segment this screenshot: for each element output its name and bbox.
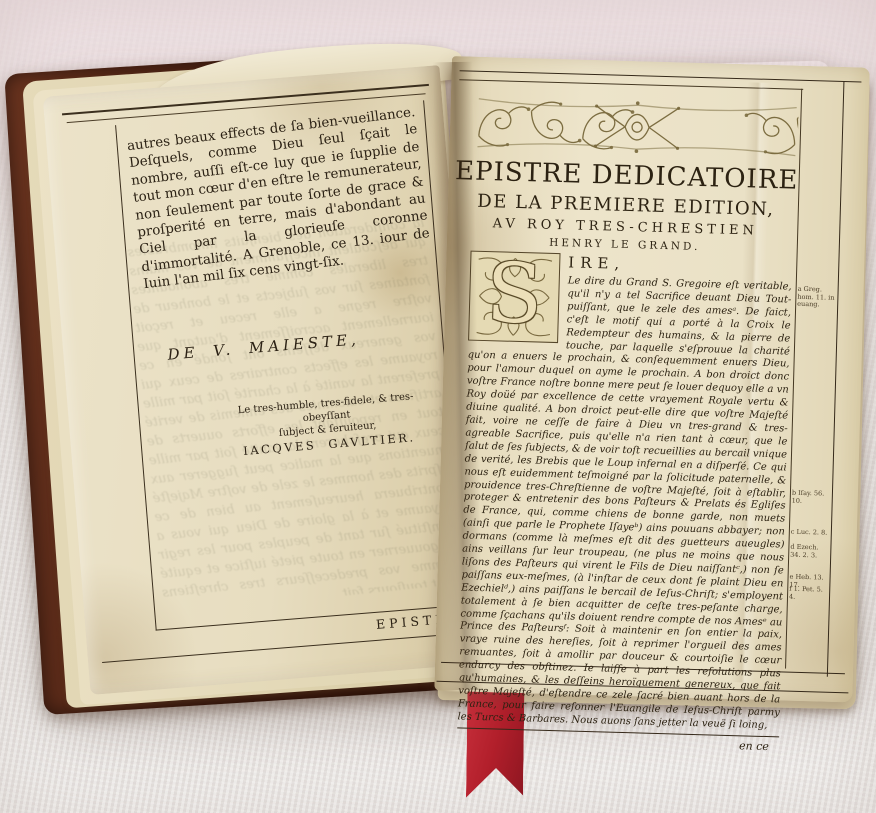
page-edge-rule bbox=[827, 81, 845, 677]
left-page: la conſideration des bienfaits innombrab… bbox=[43, 65, 488, 695]
title-line-1: EPISTRE DEDICATOIRE bbox=[454, 156, 799, 196]
marginal-note: b Iſay. 56. 10. bbox=[792, 490, 830, 506]
drop-cap-initial: S bbox=[468, 251, 560, 343]
photo-stage: la conſideration des bienfaits innombrab… bbox=[0, 0, 876, 813]
drop-cap-letter: S bbox=[469, 246, 560, 344]
right-page: EPISTRE DEDICATOIRE DE LA PREMIERE EDITI… bbox=[434, 56, 870, 702]
marginal-note: a Greg. hom. 11. in euang. bbox=[797, 286, 836, 310]
marginal-note: c Luc. 2. 8. bbox=[791, 529, 829, 538]
top-rule bbox=[459, 79, 803, 90]
epistle-body: S IRE, Le dire du Grand S. Gregoire eſt … bbox=[457, 249, 793, 754]
headpiece-ornament bbox=[475, 93, 799, 162]
marginal-note: d Ezech. 34. 2. 3. bbox=[790, 544, 828, 560]
marginal-note: f 1. Pet. 5. 4. bbox=[789, 586, 827, 602]
